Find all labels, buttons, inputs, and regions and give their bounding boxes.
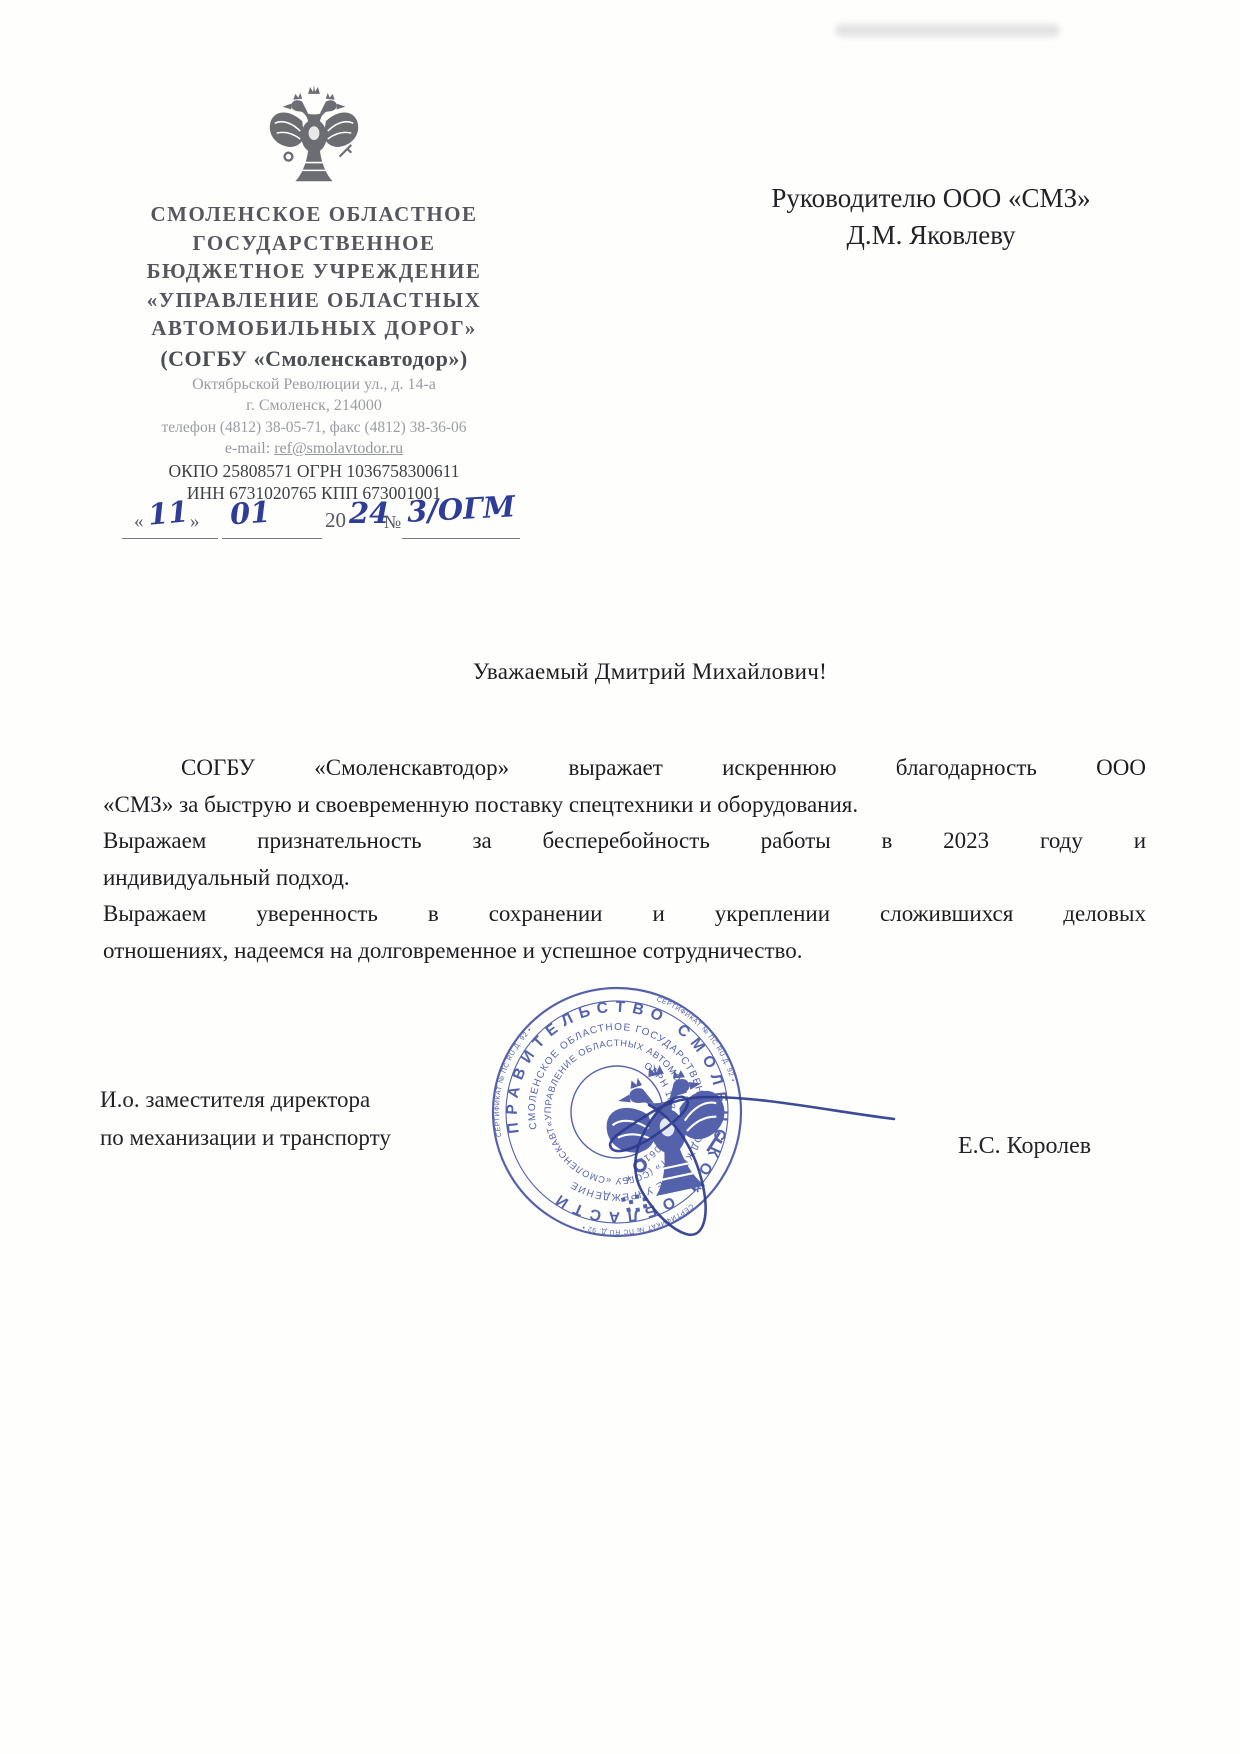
okpo-ogrn-line: ОКПО 25808571 ОГРН 1036758300611 bbox=[108, 460, 520, 483]
scanned-letter-page: СМОЛЕНСКОЕ ОБЛАСТНОЕ ГОСУДАРСТВЕННОЕ БЮД… bbox=[0, 0, 1240, 1754]
letter-body: СОГБУ «Смоленскавтодор» выражает искренн… bbox=[103, 750, 1146, 970]
month-underline bbox=[222, 538, 322, 539]
body-line: Выражаем признательность за бесперебойно… bbox=[103, 823, 1146, 860]
reference-row: « 11 » 01 20 24 № 3/ОГМ bbox=[118, 498, 538, 548]
email-line: e-mail: ref@smolavtodor.ru bbox=[108, 438, 520, 460]
body-line: отношениях, надеемся на долговременное и… bbox=[103, 933, 1146, 970]
handwritten-signature bbox=[560, 1075, 920, 1245]
city-address: г. Смоленск, 214000 bbox=[108, 395, 520, 417]
number-sign: № bbox=[384, 512, 401, 533]
day-underline bbox=[122, 538, 218, 539]
letterhead: СМОЛЕНСКОЕ ОБЛАСТНОЕ ГОСУДАРСТВЕННОЕ БЮД… bbox=[108, 84, 520, 505]
close-quote: » bbox=[190, 511, 200, 533]
org-name-line: СМОЛЕНСКОЕ ОБЛАСТНОЕ bbox=[108, 200, 520, 229]
handwritten-day: 11 bbox=[147, 494, 190, 531]
org-name-line: БЮДЖЕТНОЕ УЧРЕЖДЕНИЕ bbox=[108, 257, 520, 286]
body-line: СОГБУ «Смоленскавтодор» выражает искренн… bbox=[103, 750, 1146, 787]
open-quote: « bbox=[134, 511, 144, 533]
org-name-line: «УПРАВЛЕНИЕ ОБЛАСТНЫХ bbox=[108, 286, 520, 315]
signer-position: И.о. заместителя директора по механизаци… bbox=[100, 1081, 391, 1156]
org-name-line: АВТОМОБИЛЬНЫХ ДОРОГ» bbox=[108, 314, 520, 343]
printed-year-prefix: 20 bbox=[325, 508, 346, 533]
scan-smudge-artifact bbox=[835, 24, 1060, 37]
coat-of-arms-eagle-icon bbox=[264, 84, 364, 192]
salutation: Уважаемый Дмитрий Михайлович! bbox=[100, 659, 1200, 685]
org-name-line: ГОСУДАРСТВЕННОЕ bbox=[108, 229, 520, 258]
number-underline bbox=[402, 538, 520, 539]
addressee-name: Д.М. Яковлеву bbox=[735, 217, 1127, 254]
handwritten-doc-number: 3/ОГМ bbox=[406, 489, 516, 529]
phone-fax-line: телефон (4812) 38-05-71, факс (4812) 38-… bbox=[108, 417, 520, 439]
org-short-name: (СОГБУ «Смоленскавтодор») bbox=[108, 343, 520, 374]
email-label: e-mail: bbox=[225, 440, 270, 457]
signer-position-line: И.о. заместителя директора bbox=[100, 1081, 391, 1119]
addressee-block: Руководителю ООО «СМЗ» Д.М. Яковлеву bbox=[735, 180, 1127, 254]
signer-position-line: по механизации и транспорту bbox=[100, 1119, 391, 1157]
addressee-title: Руководителю ООО «СМЗ» bbox=[735, 180, 1127, 217]
body-line: Выражаем уверенность в сохранении и укре… bbox=[103, 896, 1146, 933]
street-address: Октябрьской Революции ул., д. 14-а bbox=[108, 374, 520, 396]
body-line: «СМЗ» за быструю и своевременную поставк… bbox=[103, 787, 1146, 824]
handwritten-month: 01 bbox=[229, 495, 272, 532]
signer-name: Е.С. Королев bbox=[958, 1133, 1091, 1160]
email-address: ref@smolavtodor.ru bbox=[274, 440, 403, 457]
body-line: индивидуальный подход. bbox=[103, 860, 1146, 897]
signature-stroke bbox=[610, 1097, 894, 1235]
